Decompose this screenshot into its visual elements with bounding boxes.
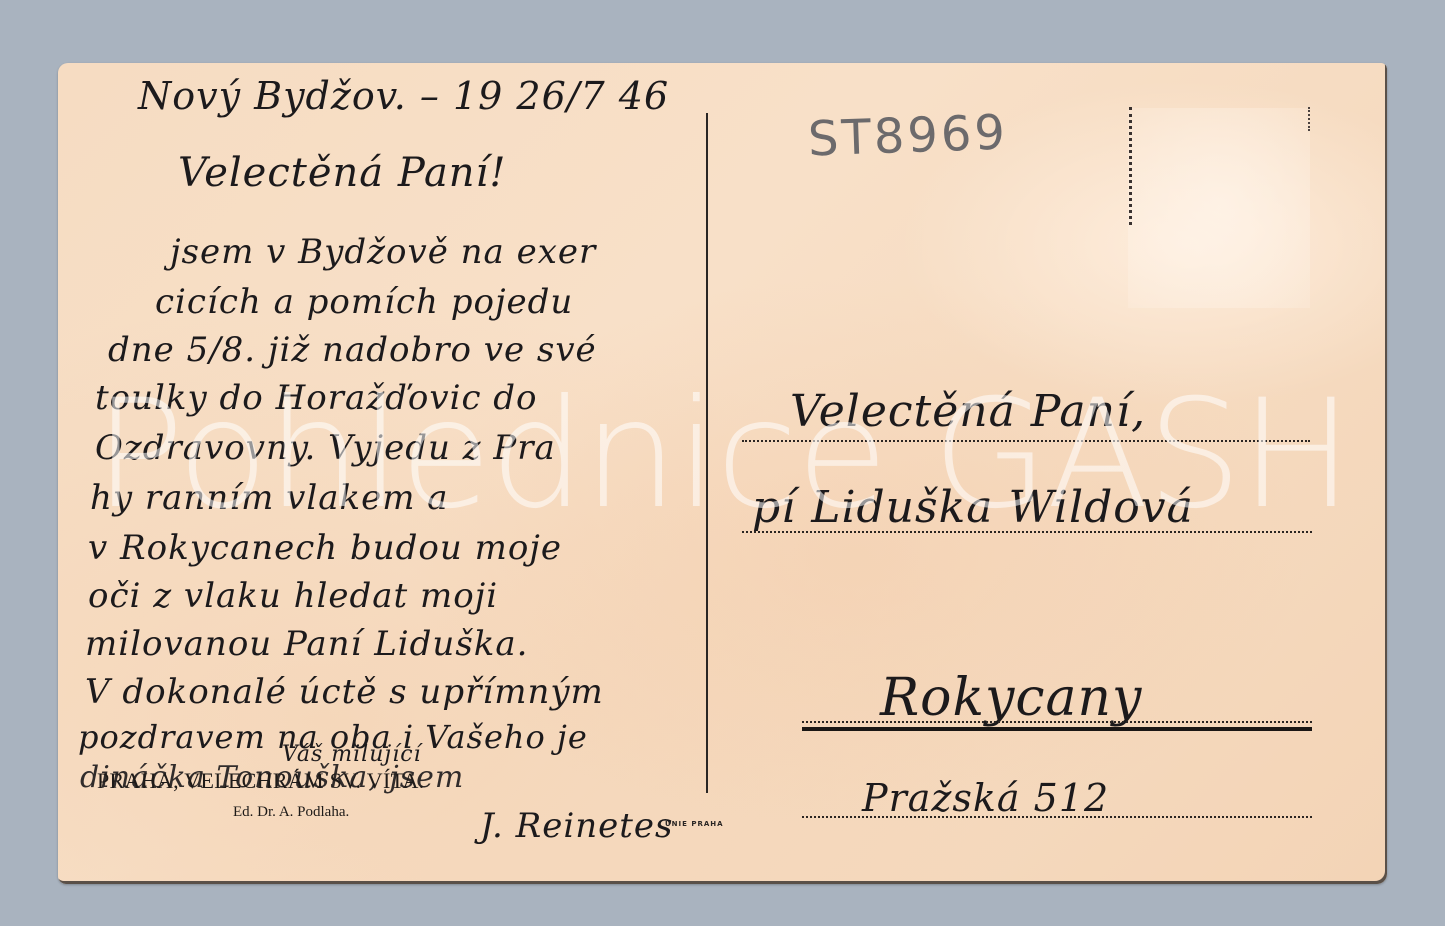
address-city-underline xyxy=(802,727,1312,731)
address-line-2: pí Liduška Wildová xyxy=(752,482,1194,533)
message-line: oči z vlaku hledat moji xyxy=(88,576,498,616)
printer-imprint: UNIE PRAHA xyxy=(665,820,724,828)
message-line: toulky do Horažďovic do xyxy=(95,378,538,418)
address-dotted-line xyxy=(742,531,1312,533)
pencil-inventory-code: ST8969 xyxy=(807,105,1009,168)
message-line: hy ranním vlakem a xyxy=(90,478,449,518)
printed-caption: PRAHA, VELECHRÁM SV. VÍTA. xyxy=(97,768,425,794)
place-date: Nový Bydžov. – 19 26/7 46 xyxy=(138,74,669,118)
message-line: V dokonalé úctě s upřímným xyxy=(85,672,604,712)
message-line: v Rokycanech budou moje xyxy=(88,528,562,568)
signature: J. Reinetes xyxy=(480,806,673,846)
message-line: Ozdravovny. Vyjedu z Pra xyxy=(95,428,556,468)
message-line: milovanou Paní Liduška. xyxy=(85,624,528,664)
address-street: Pražská 512 xyxy=(862,776,1109,820)
message-line: dne 5/8. již nadobro ve své xyxy=(108,330,597,370)
printed-editor: Ed. Dr. A. Podlaha. xyxy=(233,804,349,821)
message-line: jsem v Bydžově na exer xyxy=(170,232,596,272)
address-city: Rokycany xyxy=(880,668,1142,728)
address-line-1: Velectěná Paní, xyxy=(790,386,1146,437)
message-greeting: Velectěná Paní! xyxy=(178,150,506,196)
stamp-area xyxy=(1128,108,1310,308)
center-divider xyxy=(706,113,708,793)
message-line: cicích a pomích pojedu xyxy=(155,282,573,322)
address-dotted-line xyxy=(742,440,1310,442)
address-dotted-line xyxy=(802,721,1312,723)
stamp-border-right xyxy=(1308,107,1310,131)
address-dotted-line xyxy=(802,816,1312,818)
stamp-border-left xyxy=(1129,107,1132,225)
message-closing: Váš milující xyxy=(282,742,422,767)
